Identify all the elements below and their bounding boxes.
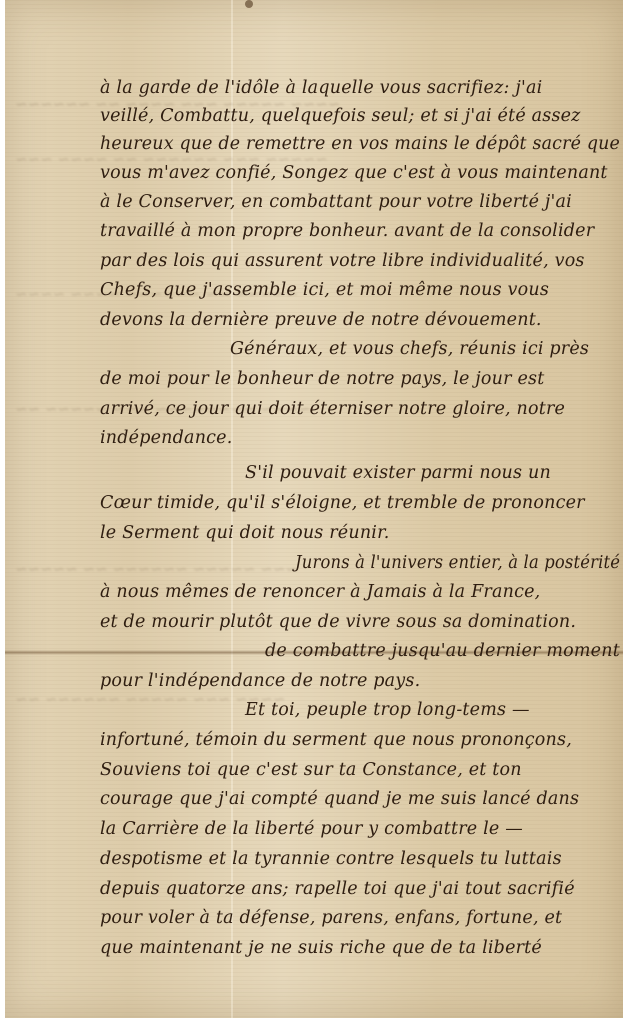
manuscript-line: Jurons à l'univers entier, à la postérit… xyxy=(295,553,620,573)
manuscript-line: par des lois qui assurent votre libre in… xyxy=(100,251,585,271)
manuscript-line: heureux que de remettre en vos mains le … xyxy=(100,134,620,154)
manuscript-line: le Serment qui doit nous réunir. xyxy=(100,523,390,543)
manuscript-line: despotisme et la tyrannie contre lesquel… xyxy=(100,849,562,869)
manuscript-line: Chefs, que j'assemble ici, et moi même n… xyxy=(100,280,549,300)
manuscript-line: depuis quatorze ans; rapelle toi que j'a… xyxy=(100,879,575,899)
manuscript-line: travaillé à mon propre bonheur. avant de… xyxy=(100,221,594,241)
manuscript-line: courage que j'ai compté quand je me suis… xyxy=(100,789,579,809)
manuscript-line: de moi pour le bonheur de notre pays, le… xyxy=(100,369,544,389)
manuscript-line: pour l'indépendance de notre pays. xyxy=(100,671,420,691)
bleed-through-text: ~~~ ~~~~~ ~~~~~~ ~~ ~~~~~ xyxy=(15,560,298,578)
manuscript-line: Et toi, peuple trop long-tems — xyxy=(245,700,530,720)
manuscript-line: et de mourir plutôt que de vivre sous sa… xyxy=(100,612,576,632)
manuscript-line: à la garde de l'idôle à laquelle vous sa… xyxy=(100,78,542,98)
manuscript-line: pour voler à ta défense, parens, enfans,… xyxy=(100,908,562,928)
manuscript-line: à nous mêmes de renoncer à Jamais à la F… xyxy=(100,582,540,602)
manuscript-line: que maintenant je ne suis riche que de t… xyxy=(100,938,542,958)
manuscript-line: infortuné, témoin du serment que nous pr… xyxy=(100,730,572,750)
manuscript-line: Souviens toi que c'est sur ta Constance,… xyxy=(100,760,522,780)
manuscript-line: Généraux, et vous chefs, réunis ici près xyxy=(230,339,589,359)
manuscript-line: de combattre jusqu'au dernier moment xyxy=(265,641,620,661)
manuscript-line: Cœur timide, qu'il s'éloigne, et tremble… xyxy=(100,493,585,513)
manuscript-line: devons la dernière preuve de notre dévou… xyxy=(100,310,542,330)
manuscript-line: vous m'avez confié, Songez que c'est à v… xyxy=(100,163,608,183)
ink-stain xyxy=(245,0,253,8)
manuscript-line: arrivé, ce jour qui doit éterniser notre… xyxy=(100,399,565,419)
manuscript-line: indépendance. xyxy=(100,428,232,448)
manuscript-line: à le Conserver, en combattant pour votre… xyxy=(100,192,572,212)
manuscript-line: veillé, Combattu, quelquefois seul; et s… xyxy=(100,106,581,126)
manuscript-line: S'il pouvait exister parmi nous un xyxy=(245,463,551,483)
manuscript-line: la Carrière de la liberté pour y combatt… xyxy=(100,819,523,839)
